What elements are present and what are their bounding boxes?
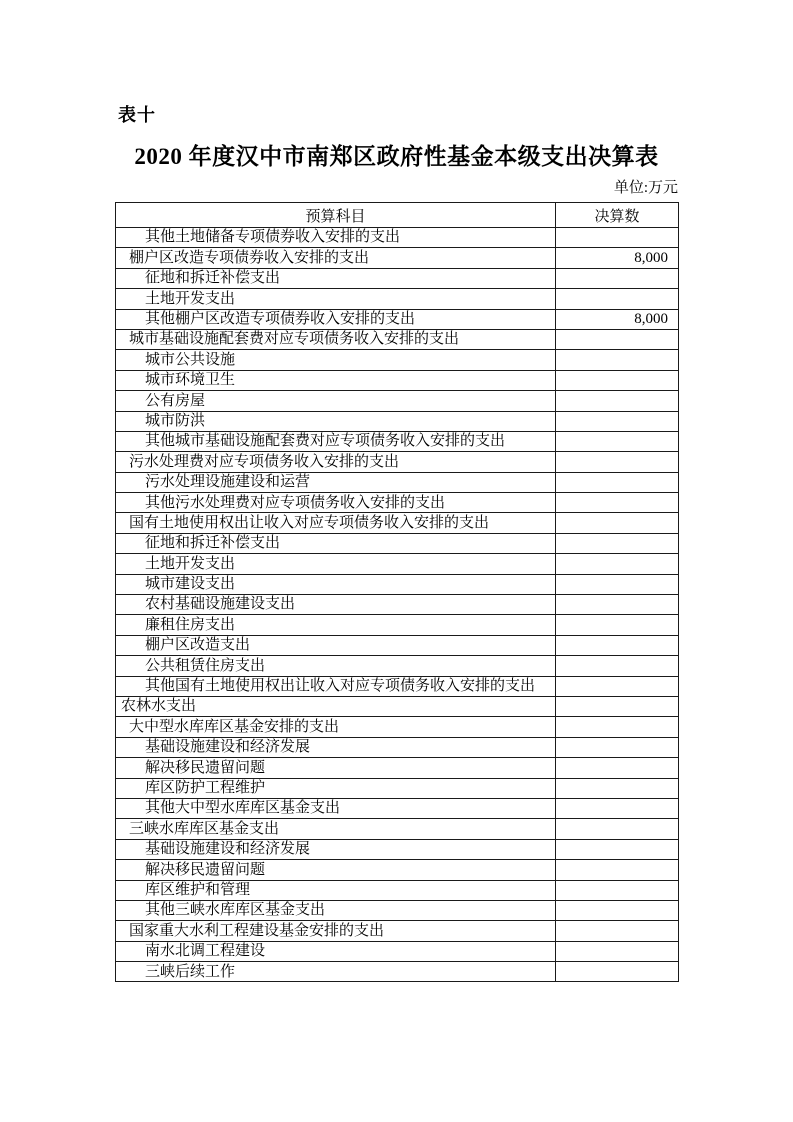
final-amount-cell [556,370,679,390]
budget-subject-cell: 其他城市基础设施配套费对应专项债务收入安排的支出 [116,431,556,451]
budget-subject-cell: 征地和拆迁补偿支出 [116,268,556,288]
table-row: 农村基础设施建设支出 [116,595,679,615]
table-row: 城市环境卫生 [116,370,679,390]
budget-subject-cell: 征地和拆迁补偿支出 [116,533,556,553]
final-amount-cell: 8,000 [556,248,679,268]
final-amount-cell [556,900,679,920]
budget-subject-cell: 其他棚户区改造专项债券收入安排的支出 [116,309,556,329]
budget-subject-cell: 城市基础设施配套费对应专项债务收入安排的支出 [116,329,556,349]
budget-subject-cell: 城市公共设施 [116,350,556,370]
final-amount-cell [556,880,679,900]
budget-subject-cell: 公共租赁住房支出 [116,656,556,676]
table-row: 其他棚户区改造专项债券收入安排的支出 8,000 [116,309,679,329]
table-row: 基础设施建设和经济发展 [116,737,679,757]
final-amount-cell [556,921,679,941]
budget-subject-cell: 解决移民遗留问题 [116,860,556,880]
budget-subject-cell: 土地开发支出 [116,554,556,574]
budget-subject-cell: 廉租住房支出 [116,615,556,635]
budget-subject-cell: 其他污水处理费对应专项债务收入安排的支出 [116,493,556,513]
table-row: 城市基础设施配套费对应专项债务收入安排的支出 [116,329,679,349]
table-row: 征地和拆迁补偿支出 [116,533,679,553]
table-row: 公有房屋 [116,391,679,411]
final-amount-cell [556,391,679,411]
column-header-final-amount: 决算数 [556,203,679,228]
table-row: 污水处理费对应专项债务收入安排的支出 [116,452,679,472]
header-row: 预算科目 决算数 [116,203,679,228]
final-amount-cell [556,758,679,778]
budget-subject-cell: 大中型水库库区基金安排的支出 [116,717,556,737]
table-row: 大中型水库库区基金安排的支出 [116,717,679,737]
budget-subject-cell: 污水处理设施建设和运营 [116,472,556,492]
final-amount-cell [556,289,679,309]
final-amount-cell [556,962,679,982]
table-body: 其他土地储备专项债券收入安排的支出 棚户区改造专项债券收入安排的支出 8,000… [116,228,679,982]
table-row: 南水北调工程建设 [116,941,679,961]
final-amount-cell [556,635,679,655]
budget-subject-cell: 农林水支出 [116,696,556,716]
budget-subject-cell: 土地开发支出 [116,289,556,309]
table-row: 城市建设支出 [116,574,679,594]
final-amount-cell [556,798,679,818]
final-amount-cell [556,595,679,615]
final-amount-cell [556,268,679,288]
budget-subject-cell: 基础设施建设和经济发展 [116,737,556,757]
final-amount-cell: 8,000 [556,309,679,329]
table-row: 库区防护工程维护 [116,778,679,798]
final-amount-cell [556,493,679,513]
final-amount-cell [556,717,679,737]
final-amount-cell [556,656,679,676]
table-row: 国家重大水利工程建设基金安排的支出 [116,921,679,941]
budget-subject-cell: 污水处理费对应专项债务收入安排的支出 [116,452,556,472]
table-row: 土地开发支出 [116,289,679,309]
budget-subject-cell: 解决移民遗留问题 [116,758,556,778]
budget-expenditure-table: 预算科目 决算数 其他土地储备专项债券收入安排的支出 棚户区改造专项债券收入安排… [115,202,679,982]
budget-subject-cell: 南水北调工程建设 [116,941,556,961]
table-row: 三峡水库库区基金支出 [116,819,679,839]
final-amount-cell [556,350,679,370]
final-amount-cell [556,228,679,248]
final-amount-cell [556,411,679,431]
final-amount-cell [556,941,679,961]
budget-subject-cell: 三峡后续工作 [116,962,556,982]
final-amount-cell [556,574,679,594]
page-title: 2020 年度汉中市南郑区政府性基金本级支出决算表 [0,144,793,170]
table-header: 预算科目 决算数 [116,203,679,228]
table-row: 其他国有土地使用权出让收入对应专项债务收入安排的支出 [116,676,679,696]
budget-subject-cell: 公有房屋 [116,391,556,411]
table-row: 其他大中型水库库区基金支出 [116,798,679,818]
budget-subject-cell: 三峡水库库区基金支出 [116,819,556,839]
table-row: 农林水支出 [116,696,679,716]
final-amount-cell [556,452,679,472]
table-row: 征地和拆迁补偿支出 [116,268,679,288]
final-amount-cell [556,472,679,492]
budget-subject-cell: 其他大中型水库库区基金支出 [116,798,556,818]
budget-subject-cell: 城市建设支出 [116,574,556,594]
table-row: 污水处理设施建设和运营 [116,472,679,492]
document-page: 表十 2020 年度汉中市南郑区政府性基金本级支出决算表 单位:万元 预算科目 … [0,0,793,1122]
column-header-budget-subject: 预算科目 [116,203,556,228]
table-row: 土地开发支出 [116,554,679,574]
budget-subject-cell: 库区防护工程维护 [116,778,556,798]
table-row: 城市防洪 [116,411,679,431]
budget-subject-cell: 基础设施建设和经济发展 [116,839,556,859]
table-row: 棚户区改造支出 [116,635,679,655]
table-row: 解决移民遗留问题 [116,860,679,880]
unit-label: 单位:万元 [115,179,678,197]
budget-subject-cell: 其他三峡水库库区基金支出 [116,900,556,920]
sheet-number-label: 表十 [118,106,156,126]
budget-subject-cell: 城市环境卫生 [116,370,556,390]
final-amount-cell [556,778,679,798]
final-amount-cell [556,615,679,635]
table-row: 基础设施建设和经济发展 [116,839,679,859]
table-row: 国有土地使用权出让收入对应专项债务收入安排的支出 [116,513,679,533]
budget-subject-cell: 棚户区改造支出 [116,635,556,655]
budget-subject-cell: 其他土地储备专项债券收入安排的支出 [116,228,556,248]
final-amount-cell [556,696,679,716]
final-amount-cell [556,737,679,757]
budget-subject-cell: 城市防洪 [116,411,556,431]
final-amount-cell [556,329,679,349]
table-row: 三峡后续工作 [116,962,679,982]
final-amount-cell [556,431,679,451]
budget-subject-cell: 农村基础设施建设支出 [116,595,556,615]
table-row: 棚户区改造专项债券收入安排的支出 8,000 [116,248,679,268]
budget-subject-cell: 棚户区改造专项债券收入安排的支出 [116,248,556,268]
final-amount-cell [556,819,679,839]
final-amount-cell [556,676,679,696]
final-amount-cell [556,839,679,859]
budget-subject-cell: 其他国有土地使用权出让收入对应专项债务收入安排的支出 [116,676,556,696]
budget-subject-cell: 国有土地使用权出让收入对应专项债务收入安排的支出 [116,513,556,533]
budget-subject-cell: 国家重大水利工程建设基金安排的支出 [116,921,556,941]
table-row: 其他污水处理费对应专项债务收入安排的支出 [116,493,679,513]
final-amount-cell [556,860,679,880]
final-amount-cell [556,513,679,533]
final-amount-cell [556,533,679,553]
table-row: 其他三峡水库库区基金支出 [116,900,679,920]
table-row: 其他城市基础设施配套费对应专项债务收入安排的支出 [116,431,679,451]
table-row: 解决移民遗留问题 [116,758,679,778]
budget-subject-cell: 库区维护和管理 [116,880,556,900]
table-row: 其他土地储备专项债券收入安排的支出 [116,228,679,248]
table-row: 库区维护和管理 [116,880,679,900]
table-row: 城市公共设施 [116,350,679,370]
table-row: 廉租住房支出 [116,615,679,635]
final-amount-cell [556,554,679,574]
table-row: 公共租赁住房支出 [116,656,679,676]
